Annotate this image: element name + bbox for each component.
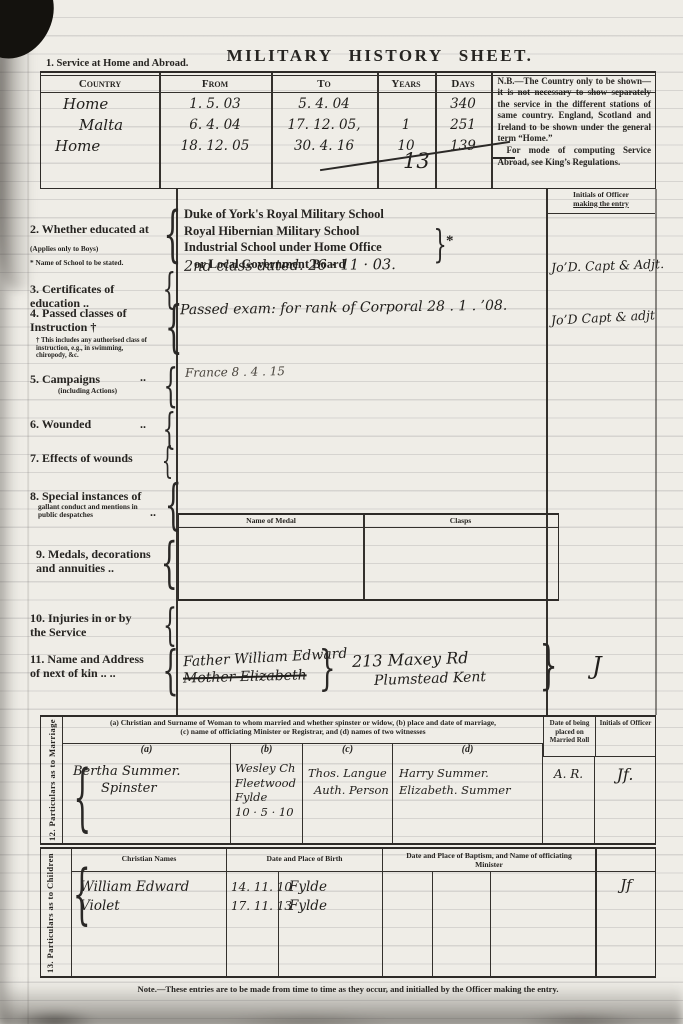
cell-years: 1 bbox=[377, 115, 435, 136]
next-of-kin-address-2: Plumstead Kent bbox=[374, 669, 487, 689]
children-baptism-header: Date and Place of Baptism, and Name of o… bbox=[383, 849, 597, 871]
column-divider bbox=[435, 73, 437, 188]
subheader-d: (d) bbox=[393, 744, 543, 757]
section-8-label-text: 8. Special instances of bbox=[30, 489, 176, 503]
col-header-years: Years bbox=[377, 76, 435, 92]
subheader-c: (c) bbox=[303, 744, 393, 757]
section-9-label: 9. Medals, decorations and annuities .. bbox=[36, 547, 158, 575]
marriage-data-row: Bertha Summer. Spinster Wesley Ch Fleetw… bbox=[63, 757, 655, 843]
witness-name: Harry Summer. bbox=[399, 765, 542, 782]
child-birth-place: Fylde bbox=[289, 878, 382, 897]
closing-brace: } bbox=[433, 225, 446, 263]
baptism-empty-cell bbox=[491, 872, 597, 976]
subheader-b: (b) bbox=[231, 744, 303, 757]
children-initials-cell: Jf bbox=[597, 872, 655, 976]
officer-initials-header: Initials of Officer making the entry bbox=[548, 189, 655, 214]
marriage-initials-header: Initials of Officer bbox=[595, 717, 655, 757]
cell-days: 251 bbox=[435, 115, 491, 136]
section-4-label: 4. Passed classes of Instruction † † Thi… bbox=[30, 306, 170, 360]
dotted-leader: .. bbox=[140, 370, 146, 384]
school-option: Duke of York's Royal Military School bbox=[184, 206, 384, 223]
marriage-date-line: 10 · 5 · 10 bbox=[235, 805, 302, 820]
col-header-from: From bbox=[159, 76, 271, 92]
woman-status: Spinster bbox=[73, 780, 230, 797]
baptism-empty-cell bbox=[433, 872, 491, 976]
children-birth-header: Date and Place of Birth bbox=[227, 849, 383, 871]
nb-note-cell: N.B.—The Country only to be shown—it is … bbox=[493, 73, 656, 188]
opening-brace: { bbox=[161, 536, 178, 590]
col-header-country: Country bbox=[41, 76, 159, 92]
cell-from: 1. 5. 03 bbox=[159, 94, 271, 115]
child-name: Violet bbox=[80, 897, 226, 916]
closing-brace: } bbox=[319, 644, 336, 692]
marriage-table: 12. Particulars as to Marriage (a) Chris… bbox=[40, 715, 656, 845]
children-side-label-text: 13. Particulars as to Children bbox=[45, 853, 55, 973]
marriage-place-line: Fylde bbox=[235, 790, 302, 805]
cell-country: Home bbox=[41, 136, 159, 157]
school-option: Industrial School under Home Office bbox=[184, 239, 384, 256]
marriage-header-row: (a) Christian and Surname of Woman to wh… bbox=[63, 717, 655, 757]
cell-to: 17. 12. 05, bbox=[271, 115, 377, 136]
witness-name: Elizabeth. Summer bbox=[399, 782, 542, 799]
section-8-sublabel: gallant conduct and mentions in public d… bbox=[38, 503, 154, 519]
child-name: William Edward bbox=[80, 878, 226, 897]
children-main: Christian Names Date and Place of Birth … bbox=[71, 849, 655, 976]
section-4-label-text: 4. Passed classes of Instruction † bbox=[30, 306, 170, 334]
footer-note: Note.—These entries are to be made from … bbox=[40, 984, 656, 994]
page-title: MILITARY HISTORY SHEET. bbox=[150, 46, 610, 66]
children-birth-date-cell: 14. 11. 10 17. 11. 13 bbox=[227, 872, 279, 976]
column-divider bbox=[271, 73, 273, 188]
section-2-note: * Name of School to be stated. bbox=[30, 259, 176, 267]
marriage-brace: { bbox=[73, 760, 91, 834]
nb-note-paragraph: For mode of computing Service Abroad, se… bbox=[498, 145, 652, 168]
minister-name: Thos. Langue bbox=[308, 765, 392, 782]
section-10-label: 10. Injuries in or by the Service bbox=[30, 611, 146, 639]
cell-years bbox=[377, 94, 435, 115]
dotted-leader: .. bbox=[150, 505, 156, 519]
marriage-cell-initials: Jf. bbox=[595, 757, 655, 843]
section-2-label: 2. Whether educated at (Applies only to … bbox=[30, 220, 176, 267]
cell-country: Malta bbox=[41, 115, 159, 136]
child-birth-place: Fylde bbox=[289, 897, 382, 916]
opening-brace: { bbox=[163, 362, 178, 408]
marriage-main: (a) Christian and Surname of Woman to wh… bbox=[63, 717, 655, 843]
section-7-label: 7. Effects of wounds bbox=[30, 451, 133, 465]
medal-clasps-header: Clasps bbox=[363, 515, 558, 527]
section-6-label: 6. Wounded bbox=[30, 417, 91, 431]
children-table: 13. Particulars as to Children Christian… bbox=[40, 847, 656, 978]
child-birth-date: 14. 11. 10 bbox=[231, 878, 278, 897]
marriage-cell-minister: Thos. Langue Auth. Person bbox=[303, 757, 393, 843]
col-header-days: Days bbox=[435, 76, 491, 92]
marriage-place-line: Fleetwood bbox=[235, 776, 302, 791]
school-list-marker: * bbox=[446, 233, 454, 250]
section-2-sublabel: (Applies only to Boys) bbox=[30, 244, 98, 253]
children-header-row: Christian Names Date and Place of Birth … bbox=[71, 849, 655, 872]
children-data-area: William Edward Violet 14. 11. 10 17. 11.… bbox=[71, 872, 655, 976]
opening-brace: { bbox=[162, 645, 179, 697]
section-4-footnote: † This includes any authorised class of … bbox=[36, 337, 154, 360]
baptism-empty-cell bbox=[383, 872, 433, 976]
marriage-side-label: 12. Particulars as to Marriage bbox=[41, 717, 63, 843]
marriage-place-line: Wesley Ch bbox=[235, 761, 302, 776]
marriage-header-text: (a) Christian and Surname of Woman to wh… bbox=[63, 717, 543, 744]
scanned-military-history-sheet: MILITARY HISTORY SHEET. 1. Service at Ho… bbox=[0, 0, 683, 1024]
officer-initial-flourish: J bbox=[592, 652, 602, 680]
medal-name-header: Name of Medal bbox=[179, 515, 363, 527]
next-of-kin-address-1: 213 Maxey Rd bbox=[352, 648, 469, 671]
officer-initials-header-line: making the entry bbox=[548, 200, 655, 209]
opening-brace: { bbox=[163, 203, 181, 264]
service-table: Country From To Years Days Home 1. 5. 03… bbox=[40, 71, 656, 189]
medal-table-divider bbox=[363, 515, 365, 599]
children-initials-header-blank bbox=[597, 849, 655, 871]
marriage-cell-place-date: Wesley Ch Fleetwood Fylde 10 · 5 · 10 bbox=[231, 757, 303, 843]
children-names-header: Christian Names bbox=[71, 849, 227, 871]
column-divider bbox=[377, 73, 379, 188]
child-birth-date: 17. 11. 13 bbox=[231, 897, 278, 916]
section-2-label-text: 2. Whether educated at bbox=[30, 222, 149, 236]
section-11-label: 11. Name and Address of next of kin .. .… bbox=[30, 652, 148, 680]
children-birth-place-cell: Fylde Fylde bbox=[279, 872, 383, 976]
cell-to: 5. 4. 04 bbox=[271, 94, 377, 115]
col-header-to: To bbox=[271, 76, 377, 92]
officer-initials-entry: Jo’D. Capt & Adjt. bbox=[551, 256, 665, 275]
minister-title: Auth. Person bbox=[308, 782, 392, 799]
cell-days: 139 bbox=[435, 136, 491, 157]
children-side-label: 13. Particulars as to Children bbox=[41, 849, 71, 976]
dotted-leader: .. bbox=[140, 417, 146, 431]
officer-initials-entry: Jo’D Capt & adjt bbox=[551, 307, 656, 327]
marriage-subheader-row: (a) (b) (c) (d) bbox=[63, 744, 543, 757]
section-5-label: 5. Campaigns (including Actions) bbox=[30, 370, 170, 395]
marriage-cell-roll-date: A. R. bbox=[543, 757, 595, 843]
column-divider bbox=[159, 73, 161, 188]
cell-from: 6. 4. 04 bbox=[159, 115, 271, 136]
section-4-entry-handwritten: Passed exam: for rank of Corporal 28 . 1… bbox=[180, 298, 508, 319]
woman-name: Bertha Summer. bbox=[73, 763, 230, 780]
section-1-label: 1. Service at Home and Abroad. bbox=[46, 58, 188, 69]
nb-note-paragraph: N.B.—The Country only to be shown—it is … bbox=[498, 76, 652, 144]
medal-table: Name of Medal Clasps bbox=[178, 513, 559, 601]
cell-country: Home bbox=[41, 94, 159, 115]
cell-days: 340 bbox=[435, 94, 491, 115]
marriage-side-label-text: 12. Particulars as to Marriage bbox=[47, 719, 57, 841]
marriage-cell-witnesses: Harry Summer. Elizabeth. Summer bbox=[393, 757, 543, 843]
married-roll-date-header: Date of being placed on Married Roll bbox=[543, 717, 595, 757]
closing-brace: } bbox=[539, 640, 557, 692]
children-brace: { bbox=[73, 862, 91, 927]
section-5-sublabel: (including Actions) bbox=[58, 387, 170, 395]
cell-from: 18. 12. 05 bbox=[159, 136, 271, 157]
section-5-entry-handwritten: France 8 . 4 . 15 bbox=[185, 364, 285, 380]
children-names-cell: William Edward Violet bbox=[71, 872, 227, 976]
school-option: Royal Hibernian Military School bbox=[184, 223, 384, 240]
cell-to: 30. 4. 16 bbox=[271, 136, 377, 157]
section-3-entry-handwritten: 2nd class dated. 26 · 11 · 03. bbox=[184, 257, 396, 275]
section-5-label-text: 5. Campaigns bbox=[30, 372, 100, 386]
marriage-header-line: (c) name of officiating Minister or Regi… bbox=[73, 728, 533, 737]
next-of-kin-name-2-struck: Mother Elizabeth bbox=[183, 667, 307, 686]
